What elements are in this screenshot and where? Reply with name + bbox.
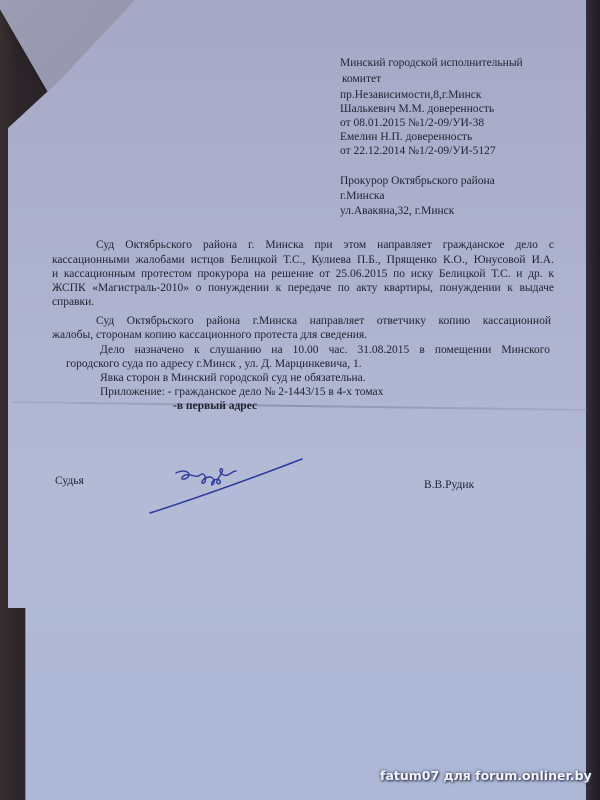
recipient-1-line-5: от 08.01.2015 №1/2-09/УИ-38 <box>340 117 484 130</box>
attachment-line: Приложение: - гражданское дело № 2-1443/… <box>100 386 383 399</box>
signature-title: Судья <box>55 475 84 488</box>
recipient-2-line-2: г.Минска <box>340 190 384 203</box>
recipient-1-line-2: комитет <box>342 73 381 86</box>
recipient-1-line-4: Шалькевич М.М. доверенность <box>340 103 494 116</box>
paragraph-1-line-4: ЖСПК «Магистраль-2010» о понуждении к пе… <box>52 282 554 295</box>
paragraph-1-line-2: кассационными жалобами истцов Белицкой Т… <box>52 254 554 267</box>
recipient-1-line-7: от 22.12.2014 №1/2-09/УИ-5127 <box>340 145 496 158</box>
watermark: fatum07 для forum.onliner.by <box>380 768 592 783</box>
attachment-note: -в первый адрес <box>173 400 257 413</box>
recipient-2-line-3: ул.Авакяна,32, г.Минск <box>340 205 454 218</box>
handwritten-signature-icon <box>140 455 310 520</box>
recipient-2-line-1: Прокурор Октябрьского района <box>340 175 495 188</box>
recipient-1-line-3: пр.Независимости,8,г.Минск <box>340 89 481 102</box>
paragraph-1-line-1: Суд Октябрьского района г. Минска при эт… <box>96 239 554 252</box>
paragraph-3-line-2: городского суда по адресу г.Минск , ул. … <box>66 358 362 371</box>
recipient-1-line-6: Емелин Н.П. доверенность <box>340 131 472 144</box>
paragraph-2-line-2: жалобы, сторонам копию кассационного про… <box>52 329 367 342</box>
paragraph-3-line-1: Дело назначено к слушанию на 10.00 час. … <box>100 344 550 357</box>
document-page <box>8 0 586 800</box>
judge-name: В.В.Рудик <box>424 479 474 492</box>
recipient-1-line-1: Минский городской исполнительный <box>340 57 523 70</box>
paragraph-1-line-5: справки. <box>52 296 94 309</box>
paragraph-2-line-1: Суд Октябрьского района г.Минска направл… <box>96 315 551 328</box>
paragraph-1-line-3: и кассационным протестом прокурора на ре… <box>52 268 554 281</box>
attendance-note: Явка сторон в Минский городской суд не о… <box>100 372 366 385</box>
